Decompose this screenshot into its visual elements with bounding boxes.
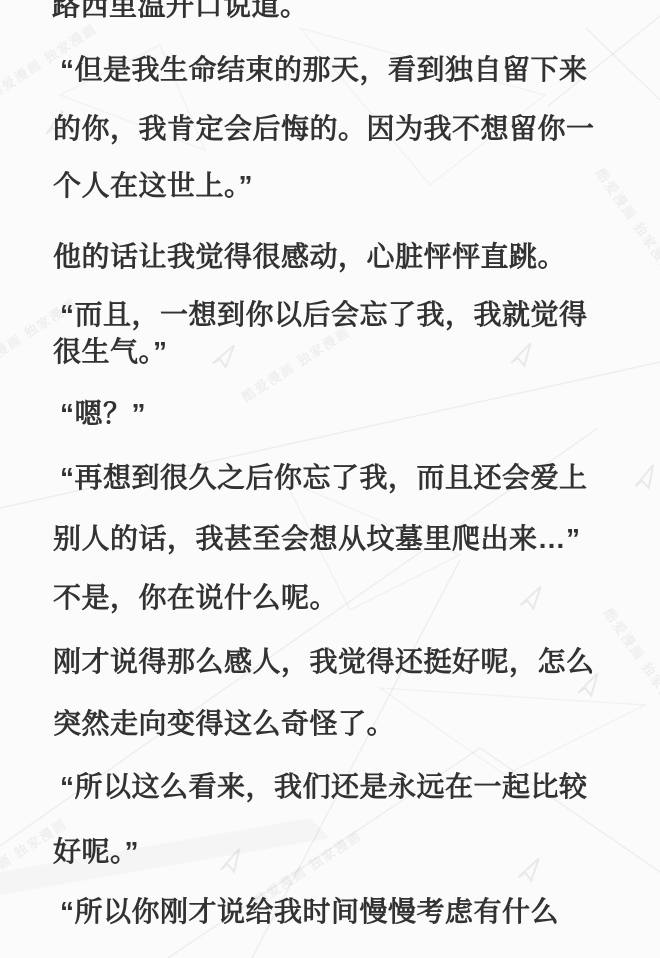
text-line: 很生气。” <box>53 337 168 367</box>
text-line: “所以你刚才说给我时间慢慢考虑有什么 <box>60 897 559 927</box>
text-line: “而且，一想到你以后会忘了我，我就觉得 <box>60 300 588 330</box>
text-line: “但是我生命结束的那天，看到独自留下来 <box>60 55 588 85</box>
text-line: “嗯？” <box>60 399 146 429</box>
text-line: 别人的话，我甚至会想从坟墓里爬出来…” <box>53 524 581 554</box>
text-line: 不是，你在说什么呢。 <box>53 583 338 613</box>
text-line: “再想到很久之后你忘了我，而且还会爱上 <box>60 463 588 493</box>
text-line: 刚才说得那么感人，我觉得还挺好呢，怎么 <box>53 647 595 677</box>
text-line: 他的话让我觉得很感动，心脏怦怦直跳。 <box>53 242 566 272</box>
text-line: 的你，我肯定会后悔的。因为我不想留你一 <box>53 114 595 144</box>
text-line: 路西里温开口说道。 <box>52 0 309 21</box>
text-line: 突然走向变得这么奇怪了。 <box>53 709 395 739</box>
novel-text: 路西里温开口说道。 “但是我生命结束的那天，看到独自留下来 的你，我肯定会后悔的… <box>0 0 660 958</box>
text-line: 好呢。” <box>53 837 139 867</box>
novel-page: 酷爱漫画 独家漫画 酷爱漫画 独家漫画 酷爱漫画 独家漫画 酷爱漫画 独家漫画 … <box>0 0 660 958</box>
text-line: 个人在这世上。” <box>53 171 253 201</box>
text-line: “所以这么看来，我们还是永远在一起比较 <box>60 772 588 802</box>
